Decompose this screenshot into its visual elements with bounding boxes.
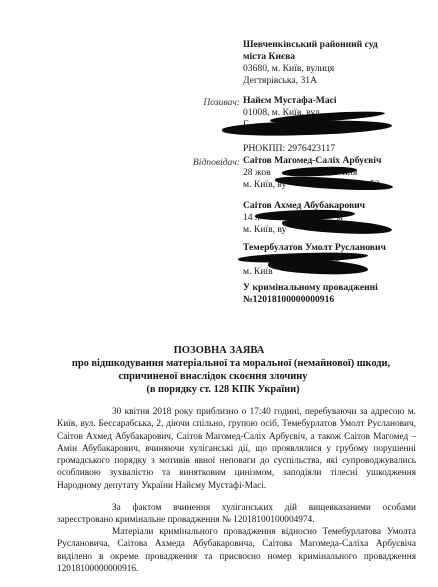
plaintiff-label: Позивач: xyxy=(180,97,240,108)
court-block: Шевченківський районний суд міста Києва … xyxy=(243,39,378,87)
body-paragraph-3: Матеріали кримінального провадження відн… xyxy=(57,526,416,575)
document-page: Шевченківський районний суд міста Києва … xyxy=(0,0,438,587)
body-paragraph-1: 30 квітня 2018 року приблизно о 17:40 го… xyxy=(57,406,416,492)
body-paragraph-2: За фактом вчинення хуліганських дій вище… xyxy=(57,502,416,527)
court-address-line1: 03680, м. Київ, вулиця xyxy=(243,63,378,75)
document-subtitle-3: (в порядку ст. 128 КПК України) xyxy=(4,384,438,395)
plaintiff-tax-id: РНОКПП: 2976423117 xyxy=(243,143,337,155)
court-name-line2: міста Києва xyxy=(243,51,378,63)
plaintiff-name: Найєм Мустафа-Масі xyxy=(243,95,337,107)
defendant-1-name: Саітов Магомед-Саліх Арбуєвіч xyxy=(243,155,381,167)
case-line1: У кримінальному провадженні xyxy=(243,282,378,294)
document-title: ПОЗОВНА ЗАЯВА xyxy=(0,345,438,356)
document-subtitle-2: спричиненої внаслідок скоєння злочину xyxy=(0,371,432,382)
case-block: У кримінальному провадженні №12018100000… xyxy=(243,282,378,306)
court-name-line1: Шевченківський районний суд xyxy=(243,39,378,51)
court-address-line2: Дегтярівська, 31А xyxy=(243,75,378,87)
document-subtitle-1: про відшкодування матеріальної та мораль… xyxy=(12,358,438,369)
defendant-label: Відповідач: xyxy=(180,157,240,168)
case-number: №12018100000000916 xyxy=(243,294,378,306)
